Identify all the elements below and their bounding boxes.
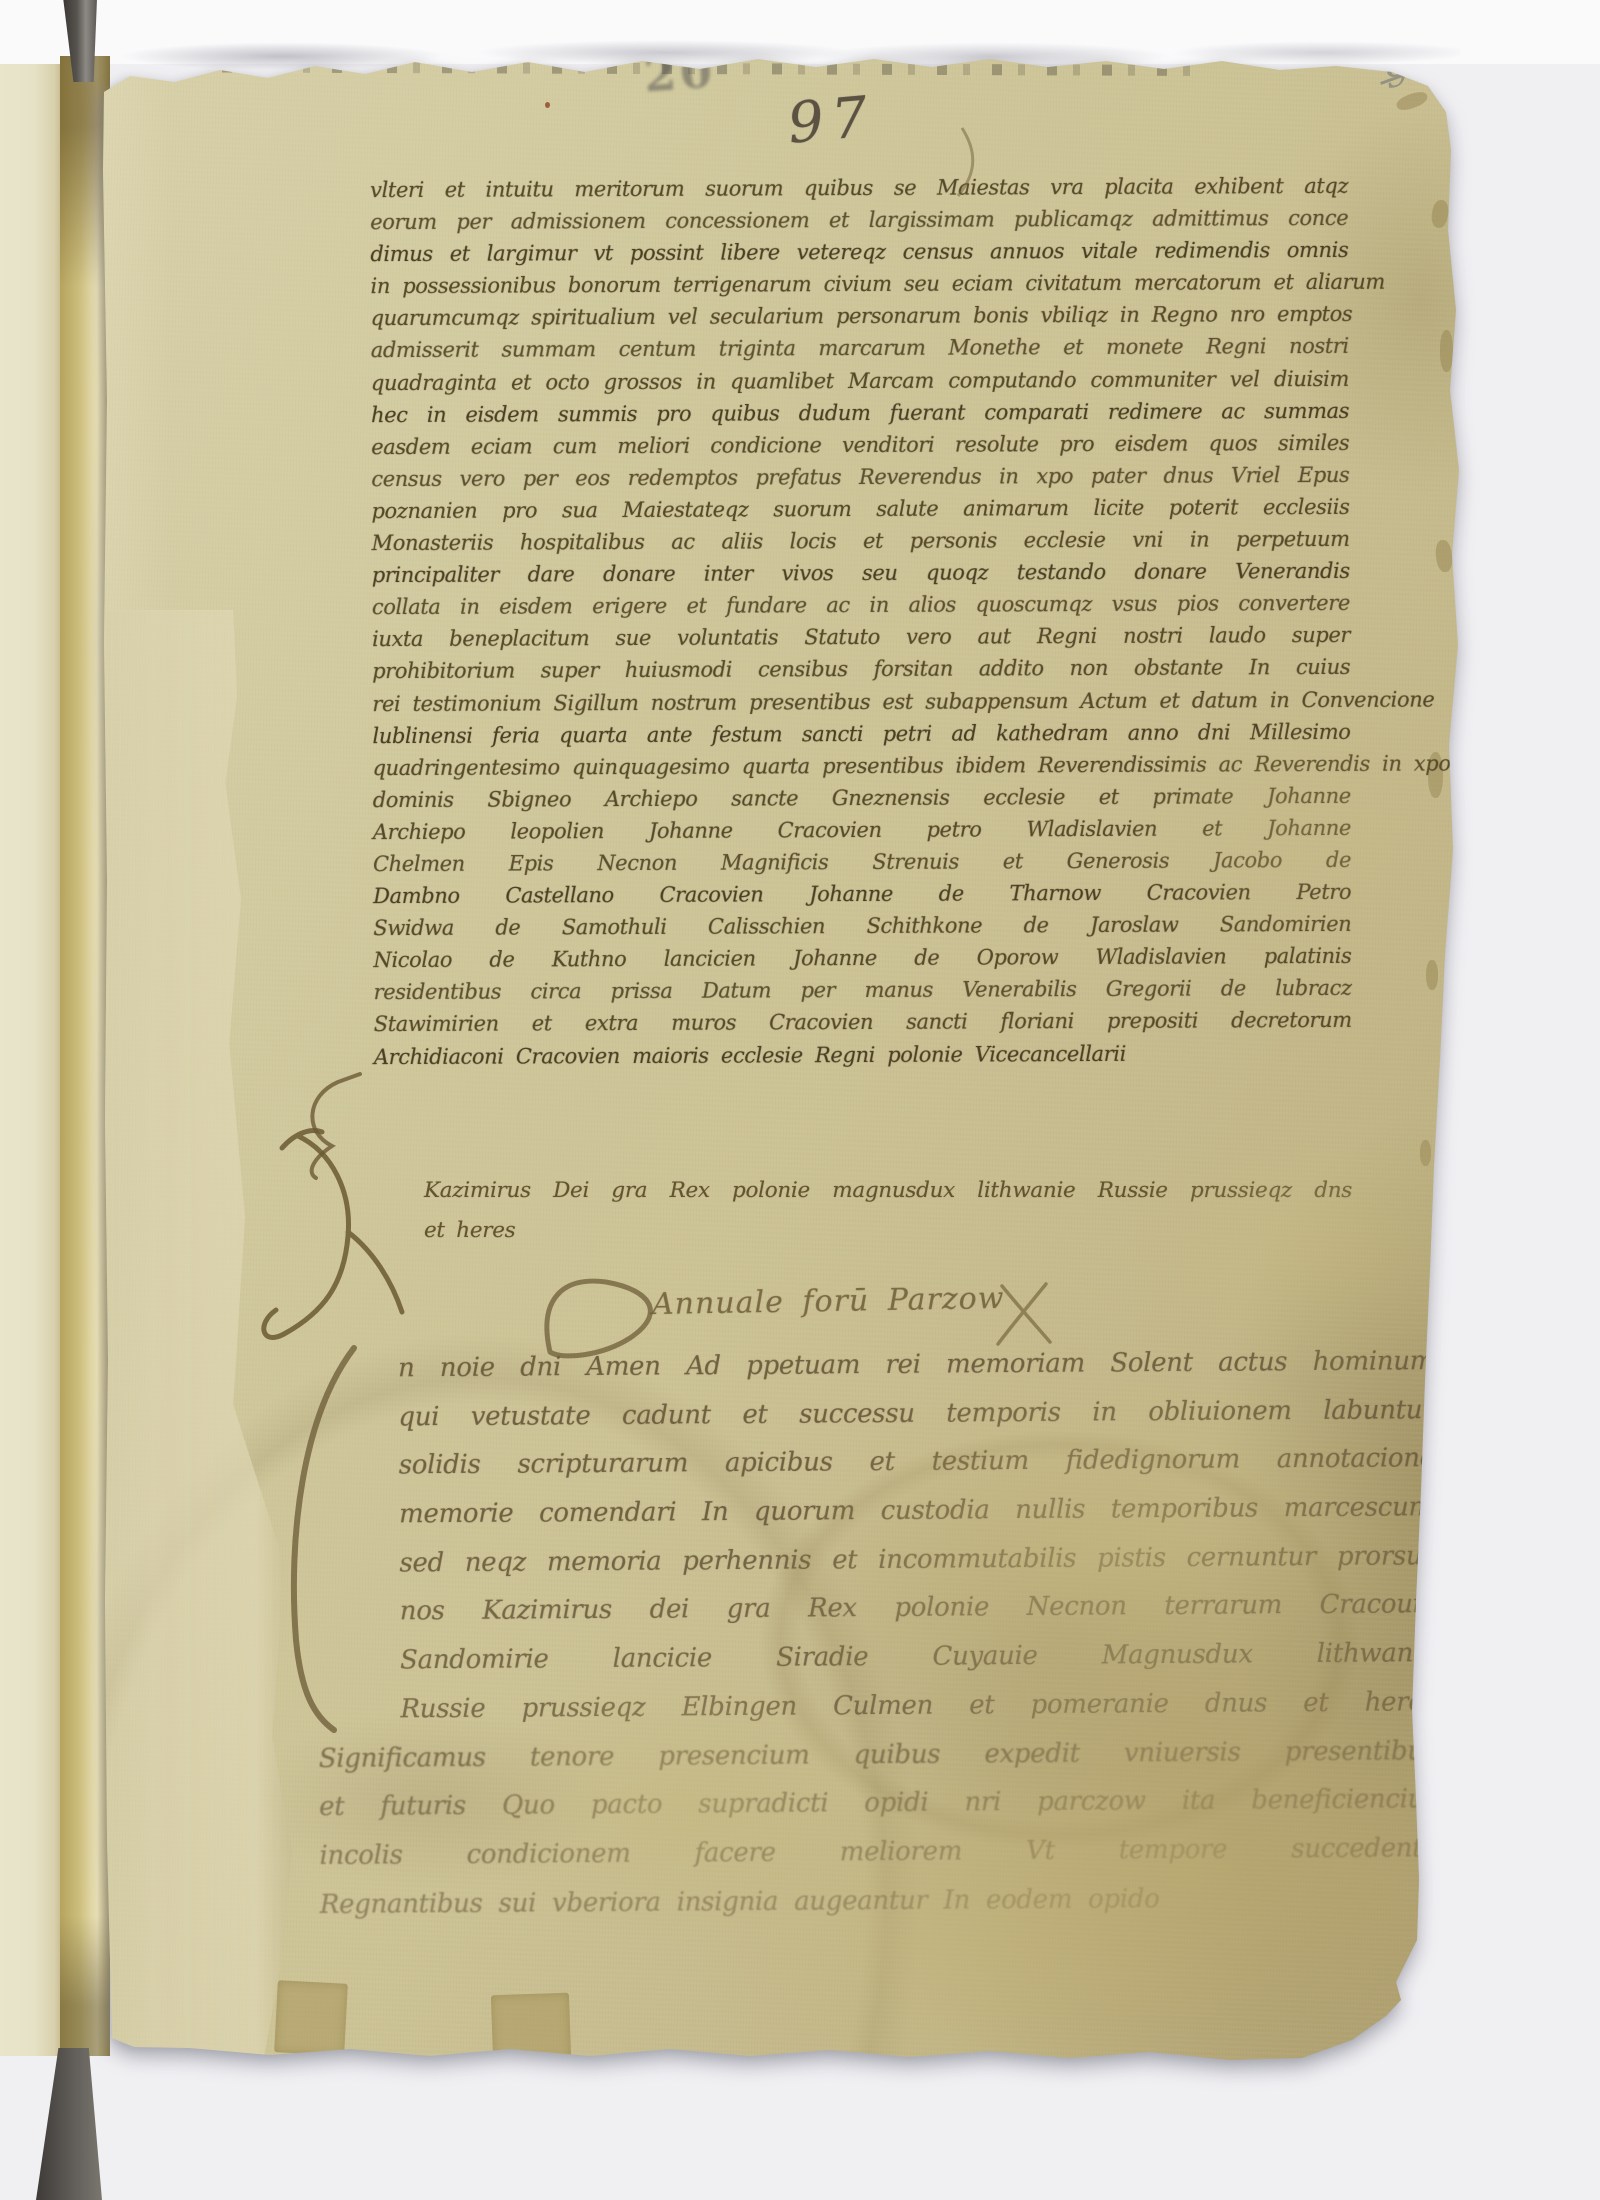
paragraph-mark-flourish bbox=[312, 1074, 360, 1178]
pencil-slash-mark bbox=[1465, 83, 1536, 120]
faint-pen-stroke bbox=[958, 128, 973, 196]
x-mark-flourish bbox=[998, 1284, 1050, 1344]
repair-tape-patch bbox=[491, 1993, 571, 2062]
page-shadow-wrap: 97 97 52 20 vlteri et intuitu meritorum … bbox=[0, 0, 1600, 2200]
initial-K-flourish bbox=[264, 1131, 402, 1338]
repair-tape-patch bbox=[274, 1980, 348, 2056]
folio-number-pencil: 52 bbox=[1483, 47, 1534, 94]
manuscript-scan: 97 97 52 20 vlteri et intuitu meritorum … bbox=[0, 0, 1600, 2200]
pen-flourishes bbox=[0, 0, 1600, 2200]
manuscript-page: 97 97 52 20 vlteri et intuitu meritorum … bbox=[0, 0, 1600, 2200]
initial-I-flourish bbox=[294, 1348, 354, 1730]
heading-loop-flourish bbox=[547, 1281, 650, 1356]
